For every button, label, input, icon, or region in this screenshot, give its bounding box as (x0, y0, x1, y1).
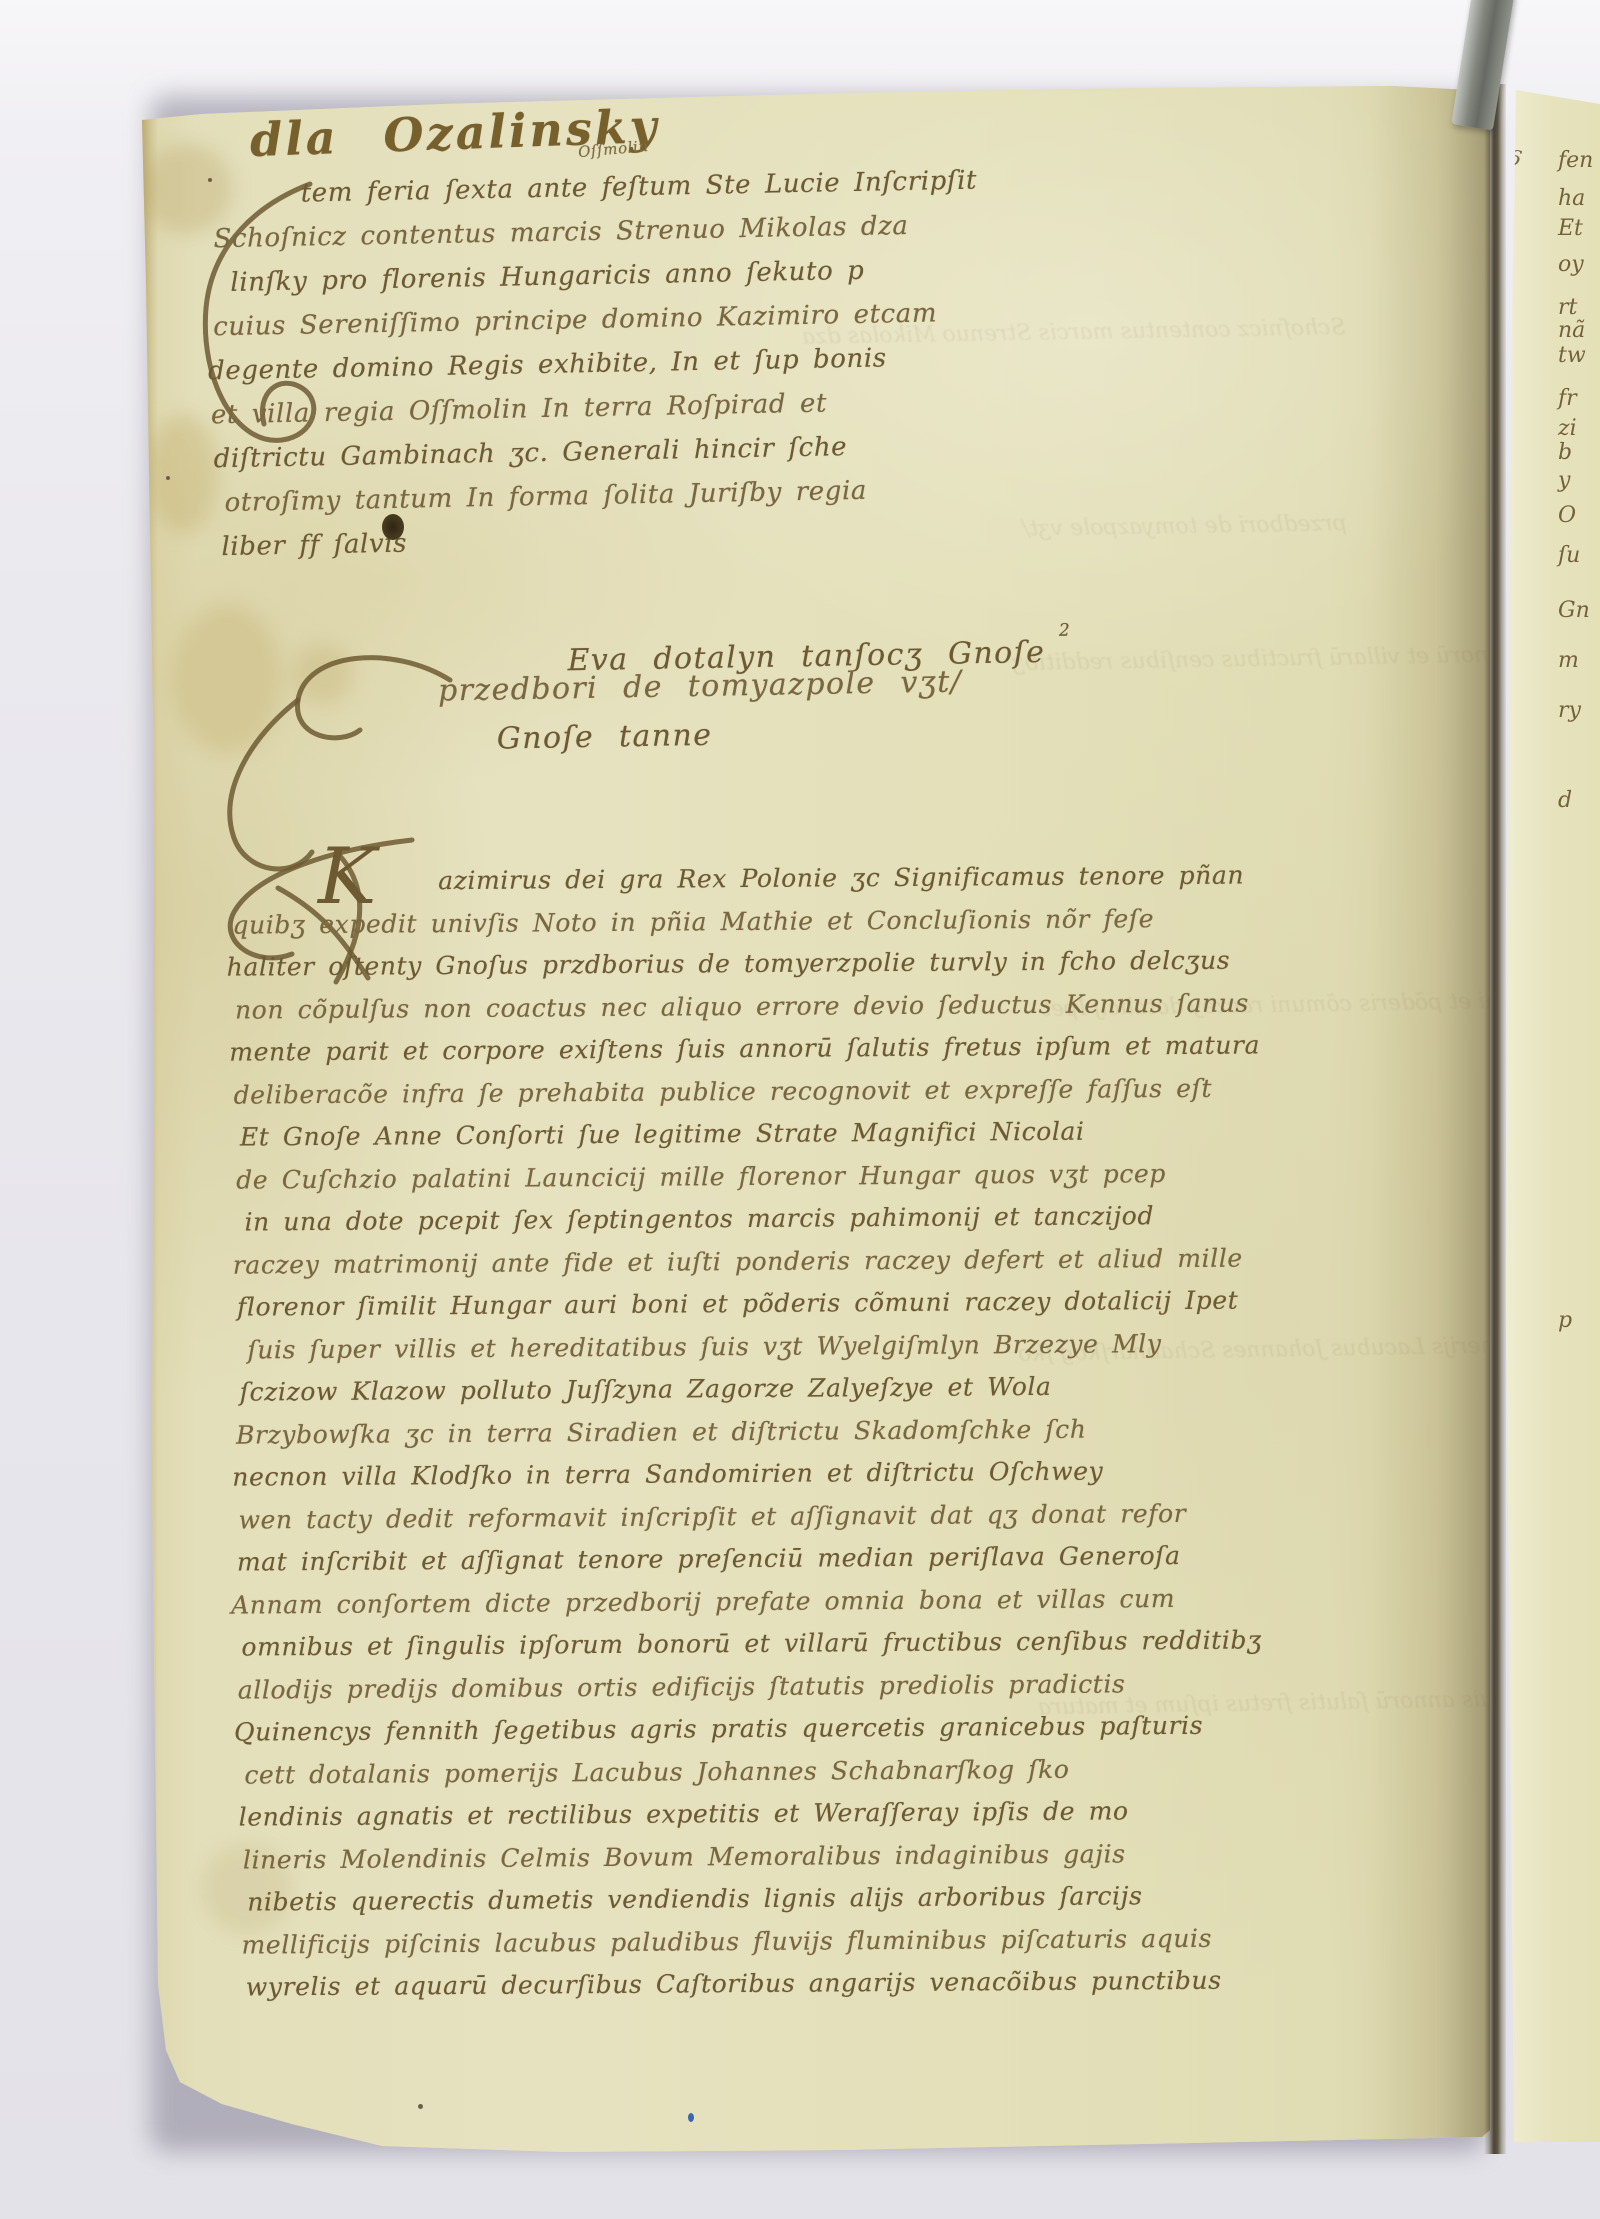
manuscript-line: lendinis agnatis et rectilibus expetitis… (239, 1789, 1266, 1839)
facing-text-fragment: tw (1558, 343, 1586, 368)
superscript-numeral: 2 (1059, 620, 1072, 640)
dotal-heading-block: Eva dotalyn tanſocʒ Gnoſe2 przedbori de … (437, 606, 1073, 764)
manuscript-line: nibetis querectis dumetis vendiendis lig… (247, 1874, 1266, 1924)
facing-text-fragment: fen (1558, 148, 1593, 173)
manuscript-line: haliter oſtenty Gnoſus przdborius de tom… (227, 939, 1260, 989)
manuscript-line: Brzybowſka ʒc in terra Siradien et diſtr… (236, 1407, 1263, 1457)
manuscript-line: allodijs predijs domibus ortis edificijs… (238, 1662, 1265, 1712)
facing-text-fragment: b (1558, 440, 1572, 465)
manuscript-line: omnibus et ſingulis ipſorum bonorū et vi… (241, 1619, 1264, 1669)
manuscript-line: raczey matrimonij ante fide et iuſti pon… (233, 1237, 1262, 1287)
facing-text-fragment: O (1558, 503, 1576, 528)
ink-blot (382, 514, 404, 540)
manuscript-line: in una dote pcepit ſex ſeptingentos marc… (244, 1194, 1261, 1244)
facing-text-fragment: rt (1558, 295, 1577, 320)
facing-text-fragment: ry (1558, 698, 1581, 723)
intro-paragraph: tem feria ſexta ante feſtum Ste Lucie In… (200, 159, 984, 570)
manuscript-line: wen tacty dedit reformavit inſcripſit et… (238, 1492, 1263, 1542)
facing-text-fragment: y (1558, 468, 1570, 493)
facing-text-fragment: m (1558, 648, 1579, 673)
manuscript-line: deliberacõe infra ſe prehabita publice r… (233, 1067, 1260, 1117)
facing-text-fragment: ſu (1558, 543, 1580, 568)
manuscript-page: Schoſnicz contentus marcis Strenuo Mikol… (142, 84, 1490, 2152)
facing-text-fragment: Et (1558, 216, 1583, 241)
facing-text-fragment: nã (1558, 318, 1585, 343)
facing-text-fragment: p (1558, 1308, 1572, 1333)
speck (208, 178, 212, 182)
manuscript-line: mellificijs piſcinis lacubus paludibus f… (241, 1917, 1266, 1967)
book-gutter (1484, 84, 1506, 2154)
manuscript-line: Gnoſe tanne (496, 704, 1073, 763)
manuscript-line: quibʒ expedit univſis Noto in pñia Mathi… (232, 897, 1259, 947)
manuscript-line: de Cuſchzio palatini Launcicij mille flo… (236, 1152, 1261, 1202)
facing-text-fragment: d (1558, 788, 1572, 813)
manuscript-line: mente parit et corpore exiſtens ſuis ann… (229, 1024, 1260, 1074)
manuscript-line: necnon villa Klodſko in terra Sandomirie… (232, 1449, 1263, 1499)
facing-text-fragment: fr (1558, 386, 1577, 411)
facing-text-fragment: oy (1558, 252, 1584, 277)
manuscript-line: Et Gnoſe Anne Conſorti ſue legitime Stra… (240, 1109, 1261, 1159)
manuscript-line: Eva dotalyn tanſocʒ Gnoſe2 (567, 606, 1072, 664)
manuscript-line: ſczizow Klazow polluto Juſſzyna Zagorze … (240, 1364, 1263, 1414)
manuscript-line: florenor ſimilit Hungar auri boni et põd… (237, 1279, 1262, 1329)
manuscript-line: mat inſcribit et aſſignat tenore preſenc… (237, 1534, 1264, 1584)
blue-ink-dot (688, 2113, 694, 2122)
manuscript-line: non cõpulſus non coactus nec aliquo erro… (235, 982, 1260, 1032)
facing-text-fragment: ha (1558, 186, 1585, 211)
manuscript-line: cett dotalanis pomerijs Lacubus Johannes… (244, 1747, 1265, 1797)
folio-number: 6 (1506, 145, 1524, 171)
facing-page-edge: 6 fen ha Et oy rt nã tw fr zi b y O ſu G… (1502, 90, 1600, 2142)
manuscript-line: Quinencys fennith ſegetibus agris pratis… (234, 1704, 1265, 1754)
main-text-block: azimirus dei gra Rex Polonie ʒc Signific… (226, 854, 1267, 2009)
manuscript-line: lineris Molendinis Celmis Bovum Memorali… (243, 1832, 1266, 1882)
speck (418, 2104, 423, 2109)
page-gutter-curl (1370, 84, 1490, 2152)
manuscript-line: Annam conſortem dicte przedborij prefate… (231, 1577, 1264, 1627)
facing-text-fragment: zi (1558, 416, 1577, 441)
speck (166, 476, 170, 480)
manuscript-line: wyrelis et aquarū decurſibus Caſtoribus … (246, 1959, 1267, 2009)
manuscript-line: azimirus dei gra Rex Polonie ʒc Signific… (438, 854, 1259, 902)
showthrough-text: przedbori de tomyazpole vʒt/ (1022, 511, 1347, 542)
manuscript-line: ſuis ſuper villis et hereditatibus ſuis … (247, 1322, 1262, 1372)
manuscript-scan: Schoſnicz contentus marcis Strenuo Mikol… (0, 0, 1600, 2219)
facing-text-fragment: Gn (1558, 598, 1590, 623)
